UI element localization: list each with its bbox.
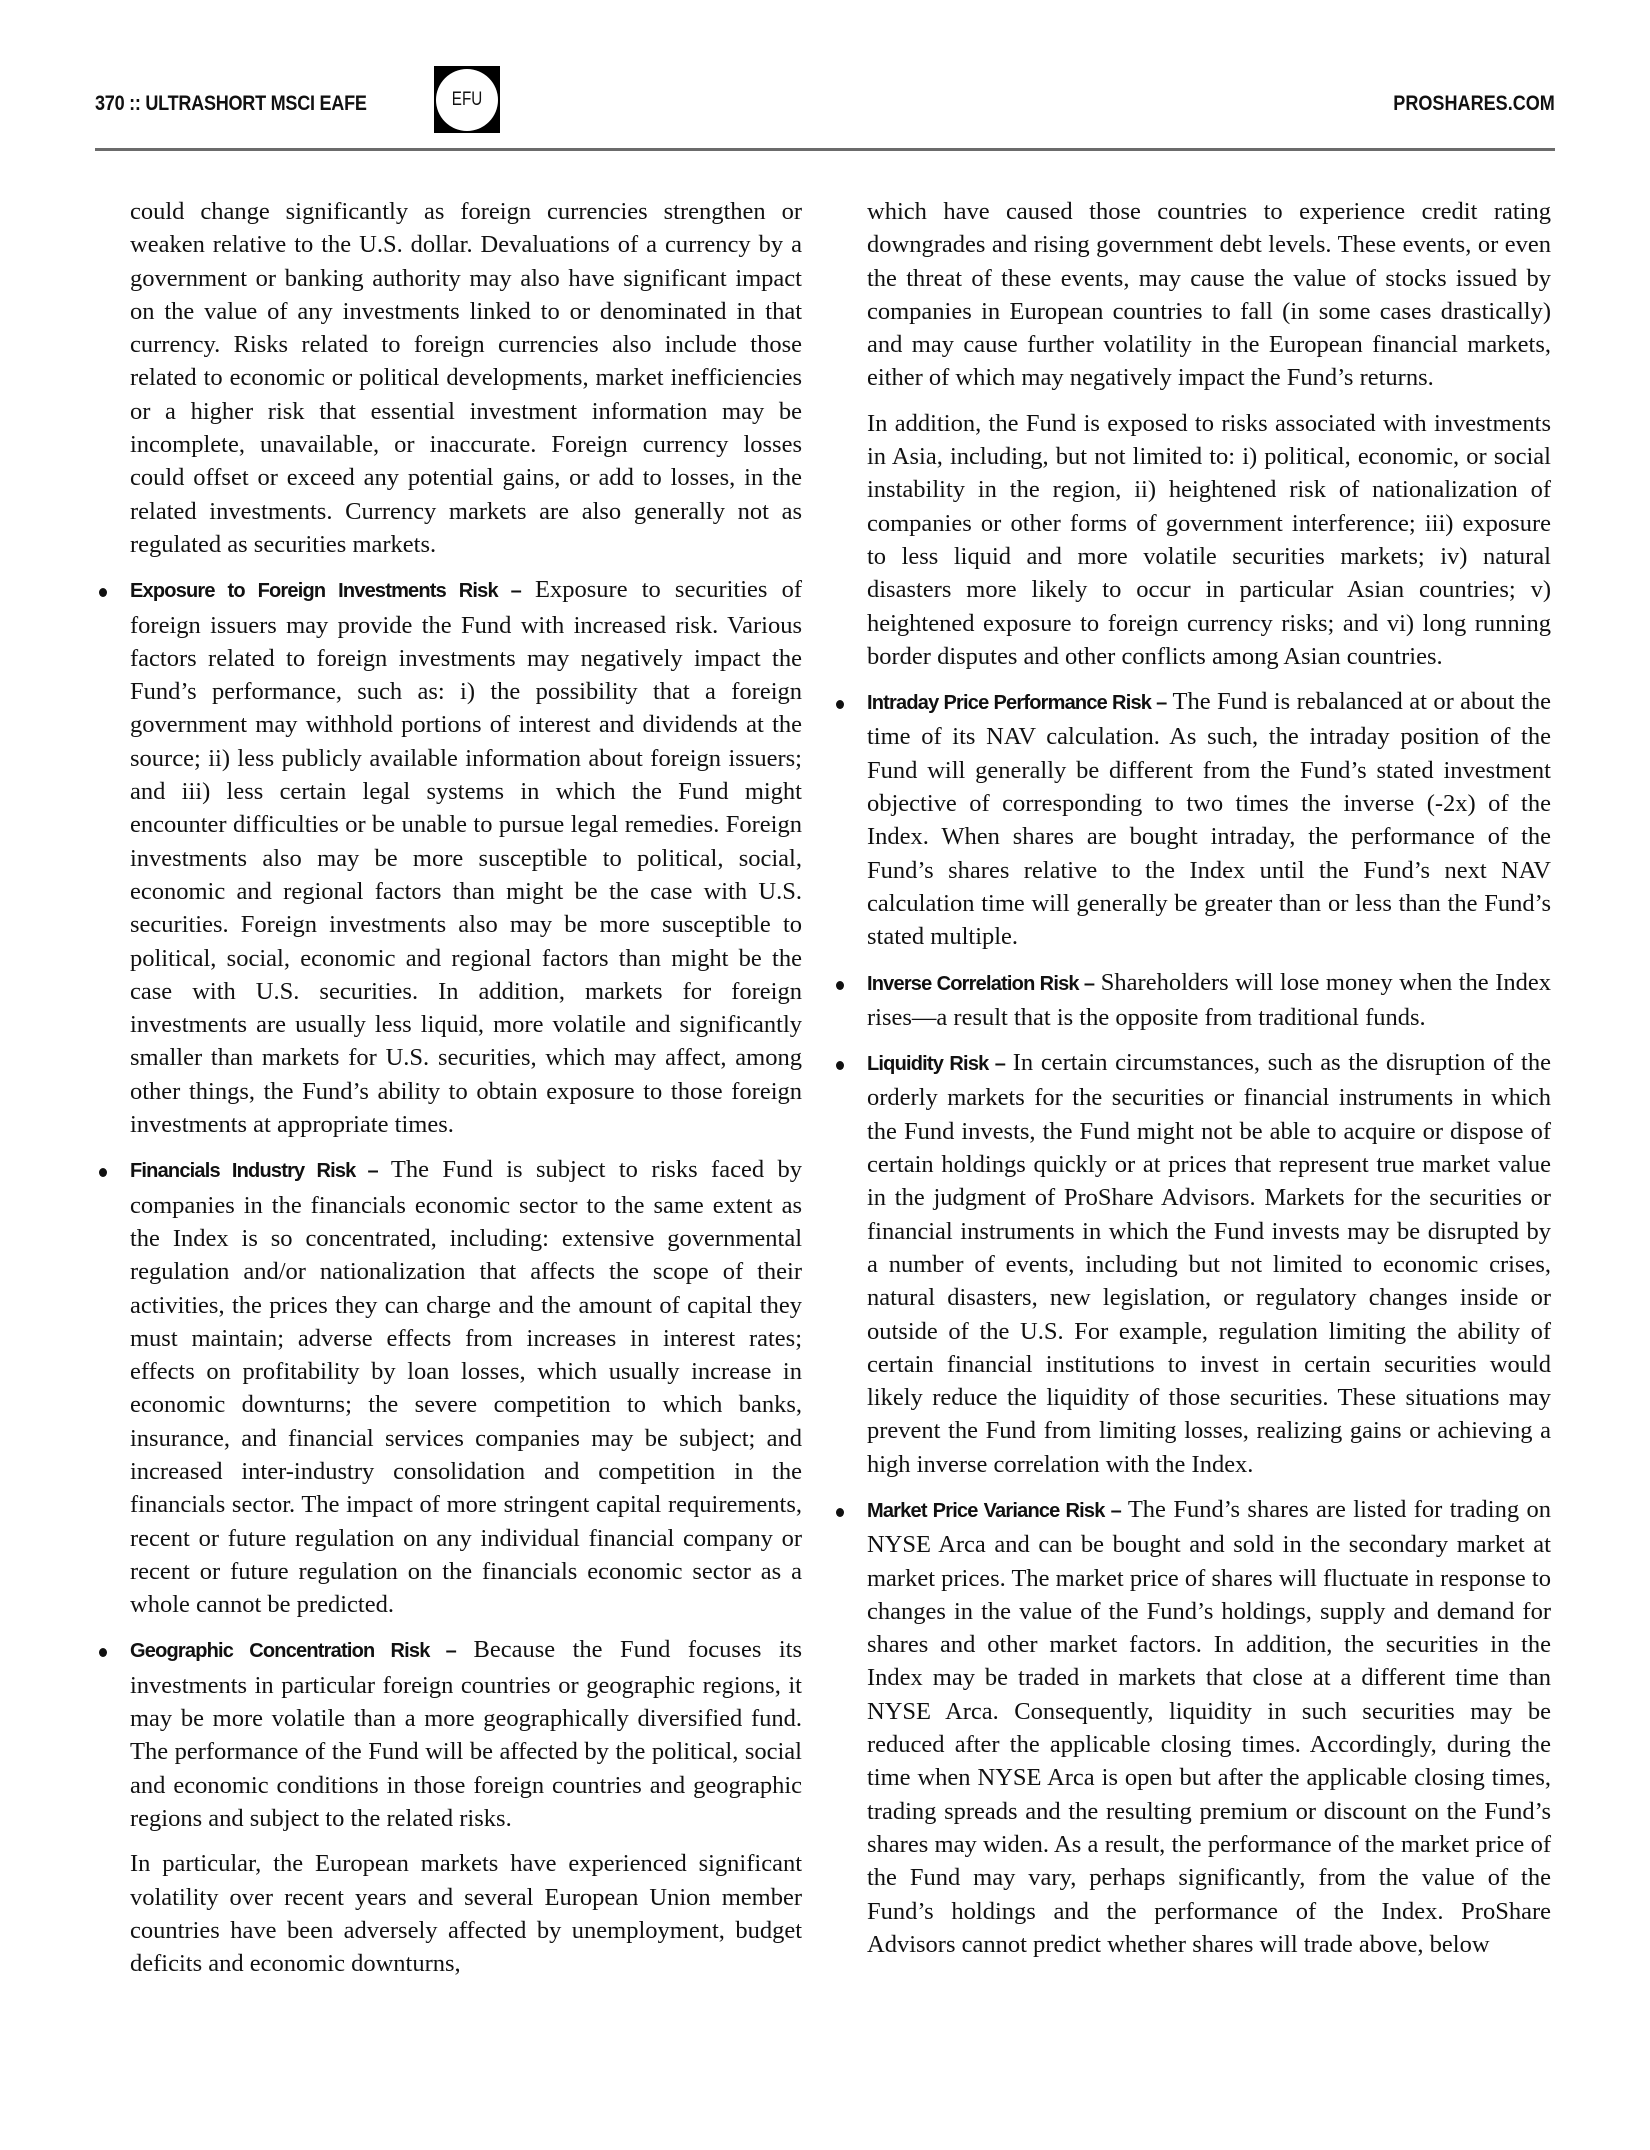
bullet-icon — [836, 1508, 844, 1517]
bullet-icon — [836, 1061, 844, 1070]
page-label: 370 :: ULTRASHORT MSCI EAFE — [95, 92, 367, 116]
risk-text: The Fund is rebalanced at or about the t… — [867, 688, 1551, 950]
risk-item-intraday-price: Intraday Price Performance Risk – The Fu… — [867, 685, 1551, 953]
risk-title: Liquidity Risk – — [867, 1053, 1005, 1075]
header-divider — [95, 148, 1555, 151]
right-column: which have caused those countries to exp… — [867, 195, 1551, 1973]
ticker-symbol: EFU — [452, 89, 482, 111]
risk-title: Inverse Correlation Risk – — [867, 973, 1094, 995]
risk-text: The Fund’s shares are listed for trading… — [867, 1496, 1551, 1958]
ticker-badge: EFU — [434, 66, 500, 133]
left-column: could change significantly as foreign cu… — [130, 195, 802, 1992]
currency-risk-continuation: could change significantly as foreign cu… — [130, 195, 802, 561]
bullet-icon — [99, 1168, 107, 1177]
risk-text: Because the Fund focuses its investments… — [130, 1636, 802, 1831]
bullet-icon — [836, 700, 844, 709]
risk-item-inverse-correlation: Inverse Correlation Risk – Shareholders … — [867, 966, 1551, 1035]
bullet-icon — [99, 588, 107, 597]
risk-text: The Fund is subject to risks faced by co… — [130, 1156, 802, 1618]
risk-item-geographic-concentration: Geographic Concentration Risk – Because … — [130, 1633, 802, 1835]
risk-text: Exposure to securities of foreign issuer… — [130, 576, 802, 1138]
european-markets-continuation: which have caused those countries to exp… — [867, 195, 1551, 395]
site-name: PROSHARES.COM — [1393, 92, 1555, 116]
risk-title: Exposure to Foreign Investments Risk – — [130, 580, 521, 602]
risk-title: Financials Industry Risk – — [130, 1160, 378, 1182]
asia-risk-paragraph: In addition, the Fund is exposed to risk… — [867, 407, 1551, 673]
european-markets-paragraph: In particular, the European markets have… — [130, 1847, 802, 1980]
risk-item-financials-industry: Financials Industry Risk – The Fund is s… — [130, 1153, 802, 1621]
page-header: 370 :: ULTRASHORT MSCI EAFE EFU PROSHARE… — [95, 60, 1555, 155]
risk-item-foreign-investments: Exposure to Foreign Investments Risk – E… — [130, 573, 802, 1141]
risk-title: Intraday Price Performance Risk – — [867, 692, 1167, 714]
risk-title: Market Price Variance Risk – — [867, 1500, 1121, 1522]
risk-item-liquidity: Liquidity Risk – In certain circumstance… — [867, 1046, 1551, 1481]
risk-item-market-price-variance: Market Price Variance Risk – The Fund’s … — [867, 1493, 1551, 1961]
risk-title: Geographic Concentration Risk – — [130, 1640, 456, 1662]
ticker-badge-circle: EFU — [436, 69, 498, 131]
risk-text: In certain circumstances, such as the di… — [867, 1049, 1551, 1478]
bullet-icon — [836, 981, 844, 990]
bullet-icon — [99, 1648, 107, 1657]
